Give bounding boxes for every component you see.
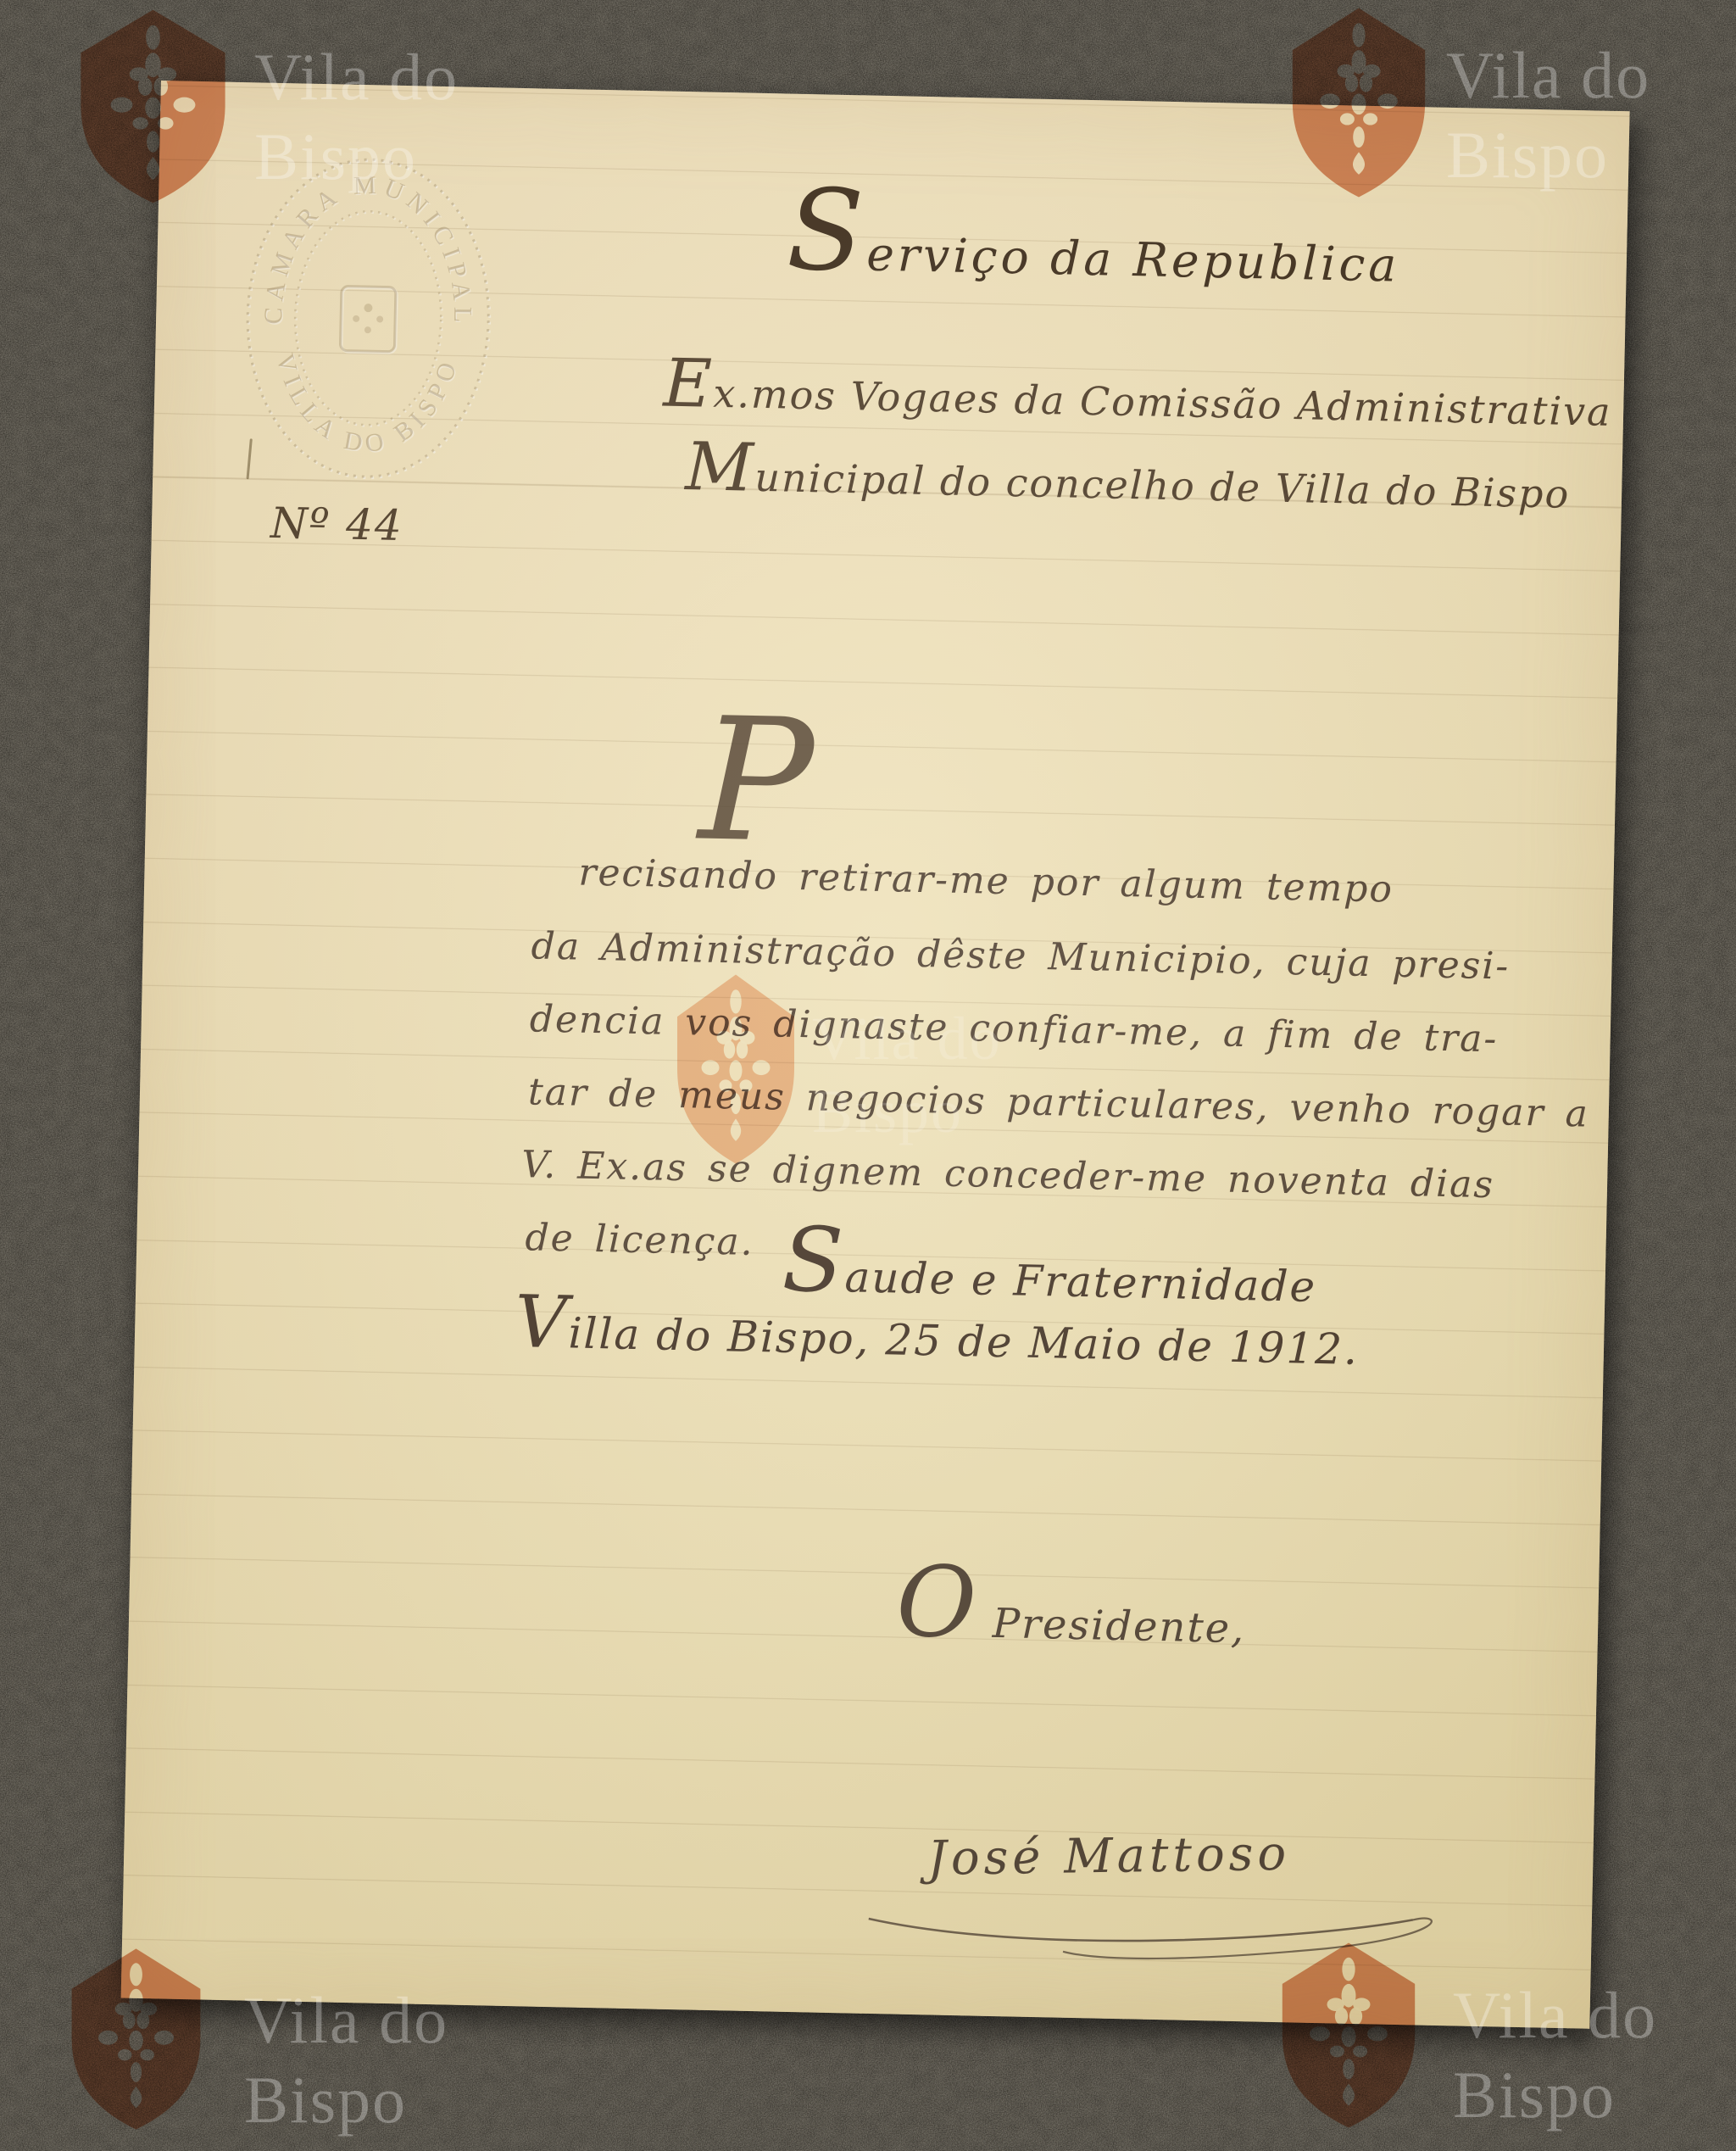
watermark-text: Vila do Bispo bbox=[1446, 36, 1650, 194]
vila-do-bispo-crest-icon bbox=[66, 1946, 206, 2132]
valediction: Saude e Fraternidade bbox=[782, 1234, 1317, 1312]
watermark-text: Vila do Bispo bbox=[244, 1981, 448, 2139]
role-line: O Presidente, bbox=[896, 1574, 1247, 1653]
watermark-line-1: Vila do bbox=[1446, 36, 1650, 115]
watermark-line-1: Vila do bbox=[1453, 1975, 1657, 2055]
watermark-line-2: Bispo bbox=[1453, 2055, 1657, 2135]
embossed-seal: CAMARA MUNICIPAL CAMARA MUNICIPAL VILLA … bbox=[237, 150, 498, 486]
photo-backdrop: CAMARA MUNICIPAL CAMARA MUNICIPAL VILLA … bbox=[0, 0, 1736, 2151]
vila-do-bispo-crest-icon bbox=[1277, 1940, 1421, 2131]
dateline: Villa do Bispo, 25 de Maio de 1912. bbox=[515, 1301, 1360, 1374]
letter-header: Serviço da Republica bbox=[786, 198, 1400, 293]
body-line-6: de licença. bbox=[525, 1216, 754, 1264]
watermark-text: Vila do Bispo bbox=[254, 37, 459, 196]
seal-arc-bottom: VILLA DO BISPO bbox=[269, 350, 465, 460]
watermark-line-1: Vila do bbox=[244, 1981, 448, 2060]
watermark-line-2: Bispo bbox=[812, 1075, 1002, 1148]
body-initial-flourish: P bbox=[698, 695, 815, 867]
watermark-line-2: Bispo bbox=[244, 2060, 448, 2140]
addressee-line-1: Ex.mos Vogaes da Comissão Administrativa bbox=[663, 364, 1612, 434]
seal-coat-of-arms bbox=[340, 287, 397, 354]
body-line-5: V. Ex.as se dignem conceder-me noventa d… bbox=[521, 1143, 1495, 1206]
watermark-line-2: Bispo bbox=[254, 117, 459, 197]
watermark-line-1: Vila do bbox=[812, 1002, 1002, 1075]
watermark-text: Vila do Bispo bbox=[1453, 1975, 1657, 2134]
vila-do-bispo-crest-icon bbox=[1287, 5, 1431, 200]
watermark-line-2: Bispo bbox=[1446, 115, 1650, 195]
svg-text:VILLA DO BISPO: VILLA DO BISPO bbox=[269, 350, 465, 460]
addressee-line-2: Municipal do concelho de Villa do Bispo bbox=[685, 448, 1571, 517]
vila-do-bispo-crest-icon bbox=[672, 972, 799, 1167]
watermark-line-1: Vila do bbox=[254, 37, 459, 117]
vila-do-bispo-crest-icon bbox=[75, 7, 231, 206]
body-line-1: recisando retirar-me por algum tempo bbox=[578, 851, 1394, 911]
reference-number: Nº 44 bbox=[270, 499, 403, 550]
watermark-text: Vila do Bispo bbox=[812, 1002, 1002, 1149]
